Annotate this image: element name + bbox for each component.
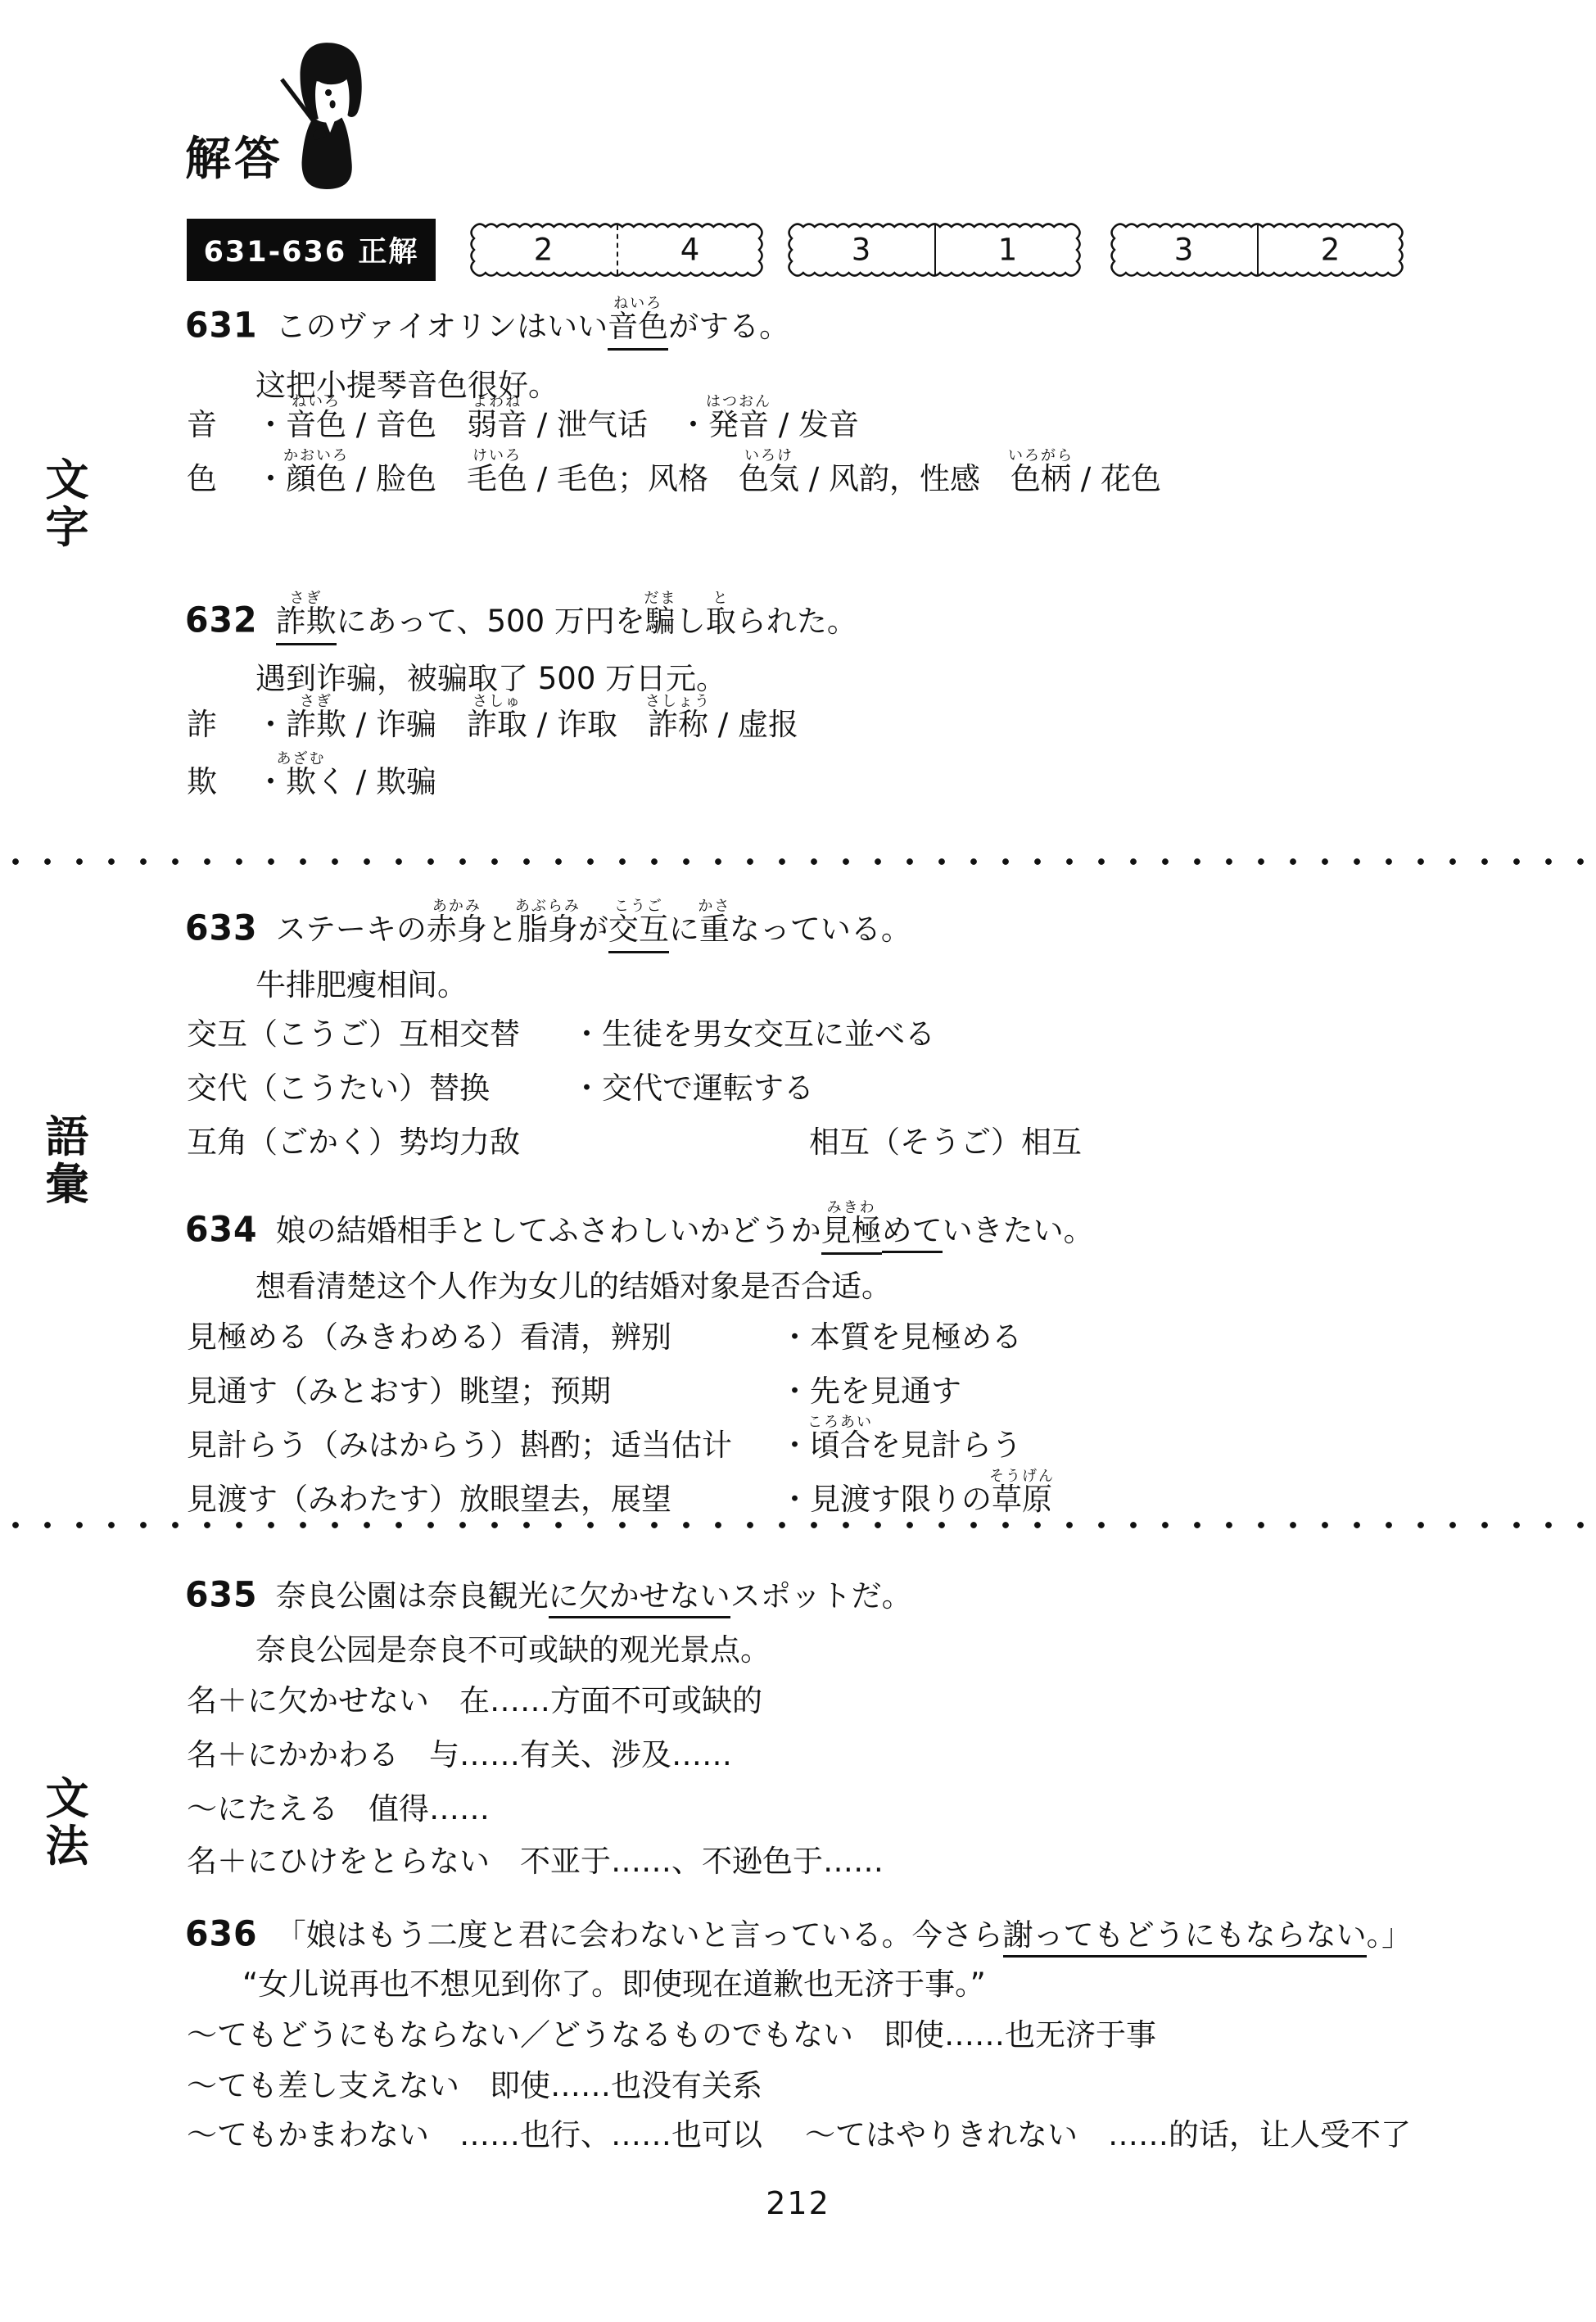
answer-box-631-632: 2 4 bbox=[470, 219, 763, 281]
usage-entry: 交互（こうご）互相交替・生徒を男女交互に並べる bbox=[187, 1016, 935, 1053]
question-635-sentence: 635奈良公園は奈良観光に欠かせないスポットだ。 bbox=[185, 1574, 912, 1616]
sentence-text: 奈良公園は奈良観光に欠かせないスポットだ。 bbox=[276, 1578, 912, 1618]
entry-term: 見極める（みきわめる）看清，辨别 bbox=[187, 1319, 780, 1356]
kanji-examples: ・かおいろ顔色 / 脸色 けいろ毛色 / 毛色；风格 いろけ色気 / 风韵，性感… bbox=[255, 461, 1161, 496]
question-number: 634 bbox=[185, 1208, 258, 1252]
answer-631: 2 bbox=[470, 233, 617, 268]
usage-entry: 見計らう（みはからう）斟酌；适当估计・ころあい頃合を見計らう bbox=[187, 1427, 1022, 1464]
entry-example: ・本質を見極める bbox=[780, 1319, 1022, 1355]
teacher-girl-illustration bbox=[277, 38, 377, 192]
kanji-head: 色 bbox=[187, 460, 255, 498]
sentence-text: ステーキのあかみ赤身とあぶらみ脂身がこうご交互にかさ重なっている。 bbox=[276, 912, 911, 947]
question-number: 632 bbox=[185, 599, 258, 643]
entry-term: ～てもどうにもならない／どうなるものでもない 即使……也无济于事 bbox=[187, 2017, 1156, 2053]
margin-label-moji: 文字 bbox=[41, 457, 93, 553]
usage-entry: 見通す（みとおす）眺望；预期・先を見通す bbox=[187, 1373, 961, 1410]
question-634-translation: 想看清楚这个人作为女儿的结婚对象是否合适。 bbox=[255, 1268, 892, 1306]
entry-term: ～てもかまわない ……也行、……也可以 bbox=[187, 2116, 805, 2154]
question-number: 631 bbox=[185, 304, 258, 348]
usage-entry: ～にたえる 值得…… bbox=[187, 1790, 490, 1828]
entry-example: ・ころあい頃合を見計らう bbox=[780, 1428, 1022, 1463]
entry-term: 名＋にかかわる 与……有关、涉及…… bbox=[187, 1737, 732, 1772]
question-632-sentence: 632さぎ詐欺にあって、500 万円をだま騙しと取られた。 bbox=[185, 600, 857, 645]
entry-term: ～ても差し支えない 即使……也没有关系 bbox=[187, 2068, 762, 2103]
question-633-sentence: 633ステーキのあかみ赤身とあぶらみ脂身がこうご交互にかさ重なっている。 bbox=[185, 908, 911, 953]
answer-635: 3 bbox=[1110, 233, 1257, 268]
question-634-sentence: 634娘の結婚相手としてふさわしいかどうかみきわ見極めていきたい。 bbox=[185, 1209, 1094, 1255]
kanji-examples: ・あざむ欺く / 欺骗 bbox=[255, 764, 436, 799]
kanji-examples: ・ねいろ音色 / 音色 よわね弱音 / 泄气话 ・はつおん発音 / 发音 bbox=[255, 407, 859, 442]
entry-example: ・見渡す限りのそうげん草原 bbox=[780, 1482, 1052, 1517]
usage-entry: 見極める（みきわめる）看清，辨别・本質を見極める bbox=[187, 1319, 1022, 1356]
question-635-translation: 奈良公园是奈良不可或缺的观光景点。 bbox=[255, 1632, 771, 1669]
question-number: 633 bbox=[185, 907, 258, 951]
kanji-head: 欺 bbox=[187, 763, 255, 801]
sentence-text: 娘の結婚相手としてふさわしいかどうかみきわ見極めていきたい。 bbox=[276, 1213, 1094, 1248]
question-636-sentence: 636「娘はもう二度と君に会わないと言っている。今さら謝ってもどうにもならない。… bbox=[185, 1913, 1412, 1955]
margin-label-goi: 語彙 bbox=[41, 1114, 93, 1210]
usage-entry: 名＋に欠かせない 在……方面不可或缺的 bbox=[187, 1682, 762, 1720]
kanji-row-iro: 色・かおいろ顔色 / 脸色 けいろ毛色 / 毛色；风格 いろけ色気 / 风韵，性… bbox=[187, 460, 1161, 498]
kanji-head: 音 bbox=[187, 406, 255, 444]
entry-example: ・生徒を男女交互に並べる bbox=[572, 1016, 935, 1052]
answer-634: 1 bbox=[934, 233, 1081, 268]
answer-key-label: 631-636 正解 bbox=[187, 219, 436, 281]
entry-term: 名＋にひけをとらない 不亚于……、不逊色于…… bbox=[187, 1844, 884, 1879]
kanji-row-gi: 欺・あざむ欺く / 欺骗 bbox=[187, 763, 436, 801]
usage-entry: 互角（ごかく）势均力敌相互（そうご）相互 bbox=[187, 1124, 1082, 1161]
usage-entry: 見渡す（みわたす）放眼望去，展望・見渡す限りのそうげん草原 bbox=[187, 1481, 1052, 1519]
sentence-text: さぎ詐欺にあって、500 万円をだま騙しと取られた。 bbox=[276, 604, 857, 639]
answer-633: 3 bbox=[788, 233, 934, 268]
entry-term-far: 相互（そうご）相互 bbox=[809, 1125, 1082, 1160]
answer-box-633-634: 3 1 bbox=[788, 219, 1081, 281]
answer-636: 2 bbox=[1257, 233, 1404, 268]
question-631-sentence: 631このヴァイオリンはいいねいろ音色がする。 bbox=[185, 305, 789, 351]
kanji-examples: ・さぎ詐欺 / 诈骗 さしゅ詐取 / 诈取 さしょう詐称 / 虚报 bbox=[255, 707, 798, 742]
textbook-page: 解答 631-636 正解 2 4 3 1 3 2 文字 語彙 文法 631この… bbox=[0, 0, 1596, 2322]
entry-term: 交互（こうご）互相交替 bbox=[187, 1016, 572, 1053]
dotted-divider bbox=[0, 857, 1596, 867]
usage-entry: ～てもかまわない ……也行、……也可以～てはやりきれない ……的话，让人受不了 bbox=[187, 2116, 1411, 2154]
sentence-text: 「娘はもう二度と君に会わないと言っている。今さら謝ってもどうにもならない。」 bbox=[276, 1917, 1413, 1958]
entry-term: 互角（ごかく）势均力敌 bbox=[187, 1124, 809, 1161]
margin-label-bunpou: 文法 bbox=[41, 1776, 93, 1872]
sentence-text: このヴァイオリンはいいねいろ音色がする。 bbox=[276, 309, 790, 344]
entry-term: 見計らう（みはからう）斟酌；适当估计 bbox=[187, 1427, 780, 1464]
question-633-translation: 牛排肥瘦相间。 bbox=[255, 966, 468, 1004]
page-title: 解答 bbox=[185, 123, 283, 188]
answer-632: 4 bbox=[617, 233, 763, 268]
usage-entry: 名＋にかかわる 与……有关、涉及…… bbox=[187, 1736, 732, 1774]
question-number: 636 bbox=[185, 1912, 258, 1957]
usage-entry: ～てもどうにもならない／どうなるものでもない 即使……也无济于事 bbox=[187, 2016, 1156, 2054]
dotted-divider bbox=[0, 1520, 1596, 1530]
entry-term: 名＋に欠かせない 在……方面不可或缺的 bbox=[187, 1683, 762, 1718]
page-number: 212 bbox=[0, 2185, 1596, 2221]
entry-term: 交代（こうたい）替换 bbox=[187, 1070, 572, 1107]
usage-entry: 名＋にひけをとらない 不亚于……、不逊色于…… bbox=[187, 1843, 884, 1881]
kanji-head: 詐 bbox=[187, 706, 255, 744]
kanji-row-sa: 詐・さぎ詐欺 / 诈骗 さしゅ詐取 / 诈取 さしょう詐称 / 虚报 bbox=[187, 706, 798, 744]
question-636-translation: “女儿说再也不想见到你了。即使现在道歉也无济于事。” bbox=[242, 1966, 986, 2003]
entry-term: 見通す（みとおす）眺望；预期 bbox=[187, 1373, 780, 1410]
usage-entry: ～ても差し支えない 即使……也没有关系 bbox=[187, 2067, 762, 2105]
entry-example: ・交代で運転する bbox=[572, 1070, 814, 1106]
entry-term: 見渡す（みわたす）放眼望去，展望 bbox=[187, 1481, 780, 1519]
question-number: 635 bbox=[185, 1573, 258, 1618]
kanji-row-on: 音・ねいろ音色 / 音色 よわね弱音 / 泄气话 ・はつおん発音 / 发音 bbox=[187, 406, 859, 444]
answer-box-635-636: 3 2 bbox=[1110, 219, 1404, 281]
entry-term-far: ～てはやりきれない ……的话，让人受不了 bbox=[805, 2117, 1411, 2152]
entry-term: ～にたえる 值得…… bbox=[187, 1791, 490, 1826]
entry-example: ・先を見通す bbox=[780, 1374, 961, 1409]
usage-entry: 交代（こうたい）替换・交代で運転する bbox=[187, 1070, 814, 1107]
